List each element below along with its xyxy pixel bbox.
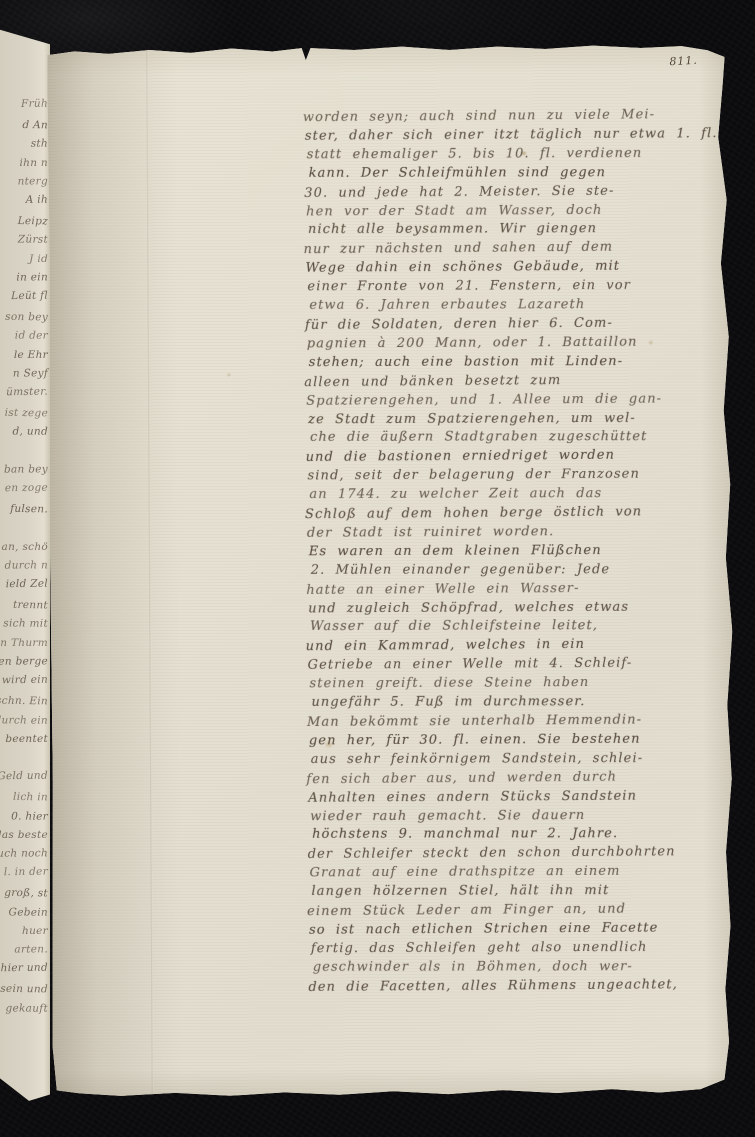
handwritten-line: Wege dahin ein schönes Gebäude, mit bbox=[305, 257, 735, 279]
facing-page-line-fragment: nterg bbox=[0, 172, 48, 193]
handwritten-line: hen vor der Stadt am Wasser, doch bbox=[306, 201, 736, 222]
page-number: 811. bbox=[668, 54, 697, 69]
facing-page-line-fragment: d, und bbox=[0, 422, 48, 443]
handwritten-line: Spatzierengehen, und 1. Allee um die gan… bbox=[306, 390, 736, 412]
handwritten-line: an 1744. zu welcher Zeit auch das bbox=[309, 485, 739, 505]
facing-page-line-fragment: durch ein bbox=[0, 710, 48, 731]
facing-page-line-fragment: sth bbox=[0, 134, 48, 155]
handwritten-line: kann. Der Schleifmühlen sind gegen bbox=[309, 164, 739, 184]
facing-page-line-fragment: Zürst bbox=[0, 230, 48, 251]
facing-page-line-fragment: das beste bbox=[0, 826, 48, 845]
handwritten-line: stehen; auch eine bastion mit Linden- bbox=[309, 352, 739, 372]
handwritten-text-block: worden seyn; auch sind nun zu viele Mei-… bbox=[306, 106, 741, 997]
facing-page-line-fragment: ümster. bbox=[0, 383, 48, 405]
facing-page-line-fragment: h durch n bbox=[0, 556, 48, 577]
facing-page-text-fragments: Frühd Ansthihn nntergA ihLeipzZürstJ idi… bbox=[0, 96, 48, 1018]
facing-page-line-fragment: ten berge bbox=[0, 652, 48, 673]
facing-page-line-fragment: fulsen. bbox=[0, 498, 48, 520]
handwritten-line: der Stadt ist ruiniret worden. bbox=[307, 522, 737, 544]
facing-page-line-fragment: ihn n bbox=[0, 154, 48, 173]
handwritten-line: gen her, für 30. fl. einen. Sie bestehen bbox=[309, 730, 739, 751]
facing-page-line-fragment: beentet bbox=[0, 730, 48, 749]
handwritten-line: einer Fronte von 21. Fenstern, ein vor bbox=[307, 277, 737, 298]
handwritten-line: ungefähr 5. Fuß im durchmesser. bbox=[311, 693, 741, 713]
facing-page-line-fragment bbox=[0, 518, 48, 539]
handwritten-line: sind, seit der belagerung der Franzosen bbox=[307, 465, 737, 486]
facing-page-line-fragment: son bey bbox=[0, 306, 48, 328]
facing-page-line-fragment: A ih bbox=[0, 191, 48, 213]
handwritten-line: Es waren an dem kleinen Flüßchen bbox=[309, 541, 739, 562]
handwritten-line: ze Stadt zum Spatzierengehen, um wel- bbox=[308, 409, 738, 430]
facing-page-line-fragment: wird ein bbox=[0, 671, 48, 693]
facing-page-edge: Frühd Ansthihn nntergA ihLeipzZürstJ idi… bbox=[0, 26, 50, 1102]
facing-page-line-fragment: schn. Ein bbox=[0, 690, 48, 712]
handwritten-line: ster, daher sich einer itzt täglich nur … bbox=[305, 125, 735, 147]
manuscript-page: 811. worden seyn; auch sind nun zu viele… bbox=[47, 42, 734, 1098]
handwritten-line: etwa 6. Jahren erbautes Lazareth bbox=[309, 296, 739, 316]
facing-page-line-fragment: hier und bbox=[0, 959, 48, 981]
facing-page-line-fragment: Leipz bbox=[0, 210, 48, 232]
facing-page-line-fragment: n Thurm bbox=[0, 634, 48, 653]
handwritten-line: Granat auf eine drathspitze an einem bbox=[310, 862, 740, 883]
facing-page-line-fragment: trennt bbox=[0, 594, 48, 616]
facing-page-line-fragment: huer bbox=[0, 922, 48, 941]
scan-backdrop-fabric: Frühd Ansthihn nntergA ihLeipzZürstJ idi… bbox=[0, 0, 755, 1137]
facing-page-line-fragment: Früh bbox=[0, 95, 48, 117]
handwritten-line: 2. Mühlen einander gegenüber: Jede bbox=[311, 561, 741, 581]
facing-page-line-fragment: J id bbox=[0, 250, 48, 269]
handwritten-line: den die Facetten, alles Rühmens ungeacht… bbox=[308, 975, 738, 997]
facing-page-line-fragment: 0. hier bbox=[0, 806, 48, 827]
handwritten-line: Getriebe an einer Welle mit 4. Schleif- bbox=[308, 654, 738, 676]
handwritten-line: pagnien à 200 Mann, oder 1. Battaillon bbox=[307, 333, 737, 354]
facing-page-line-fragment: sein und bbox=[0, 978, 48, 1000]
facing-page-line-fragment: en zoge bbox=[0, 479, 48, 501]
handwritten-line: aus sehr feinkörnigem Sandstein, schlei- bbox=[311, 749, 741, 769]
facing-page-line-fragment: Geld und bbox=[0, 767, 48, 789]
handwritten-line: langen hölzernen Stiel, hält ihn mit bbox=[311, 882, 741, 902]
handwritten-line: Anhalten eines andern Stücks Sandstein bbox=[308, 787, 738, 809]
facing-page-line-fragment: lich in bbox=[0, 786, 48, 808]
facing-page-line-fragment: id der bbox=[0, 326, 48, 347]
facing-page-line-fragment: Leüt fl bbox=[0, 287, 48, 309]
facing-page-line-fragment: Gebein bbox=[0, 902, 48, 923]
handwritten-line: höchstens 9. manchmal nur 2. Jahre. bbox=[312, 825, 742, 845]
handwritten-line: wieder rauh gemacht. Sie dauern bbox=[310, 806, 740, 827]
facing-page-line-fragment: ban bey bbox=[0, 460, 48, 481]
facing-page-line-fragment: in ein bbox=[0, 268, 48, 289]
facing-page-line-fragment: n Seyf bbox=[0, 364, 48, 385]
facing-page-line-fragment: d An bbox=[0, 114, 48, 136]
facing-page-line-fragment: ield Zel bbox=[0, 575, 48, 597]
handwritten-line: geschwinder als in Böhmen, doch wer- bbox=[313, 958, 743, 978]
handwritten-line: fen sich aber aus, und werden durch bbox=[306, 767, 736, 790]
facing-page-line-fragment: sich mit bbox=[0, 614, 48, 635]
facing-page-line-fragment: l. in der bbox=[0, 863, 48, 885]
facing-page-line-fragment: groß, st bbox=[0, 882, 48, 904]
handwritten-line: steinen greift. diese Steine haben bbox=[309, 674, 739, 695]
facing-page-line-fragment: le Ehr bbox=[0, 346, 48, 365]
handwritten-line: und zugleich Schöpfrad, welches etwas bbox=[308, 598, 738, 619]
handwritten-line: so ist nach etlichen Strichen eine Facet… bbox=[309, 919, 739, 941]
facing-page-line-fragment bbox=[0, 442, 48, 461]
handwritten-line: fertig. das Schleifen geht also unendlic… bbox=[311, 938, 741, 959]
handwritten-line: statt ehemaliger 5. bis 10. fl. verdiene… bbox=[307, 144, 737, 165]
handwritten-line: che die äußern Stadtgraben zugeschüttet bbox=[310, 428, 740, 448]
handwritten-line: alleen und bänken besetzt zum bbox=[304, 370, 734, 393]
facing-page-line-fragment: an, schö bbox=[0, 538, 48, 557]
facing-page-line-fragment: ist zege bbox=[0, 402, 48, 424]
facing-page-line-fragment: gekauft bbox=[0, 998, 48, 1019]
